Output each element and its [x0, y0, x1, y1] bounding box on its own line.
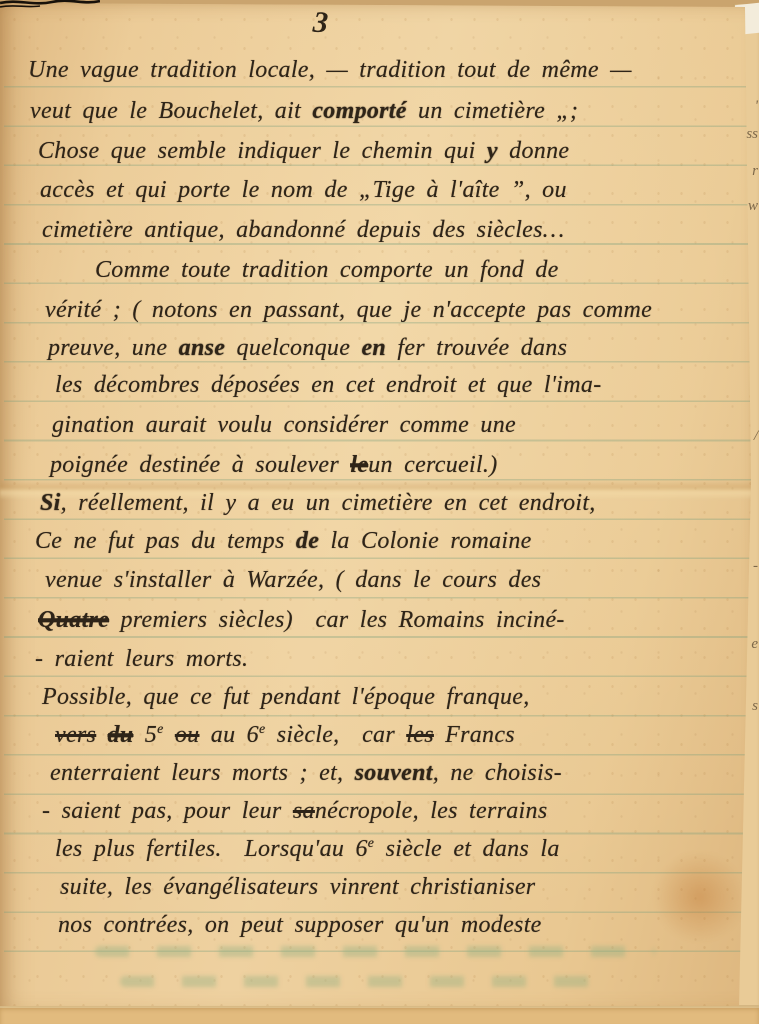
text-segment: e: [157, 722, 163, 737]
text-segment: anse: [179, 335, 226, 361]
text-line: preuve, une anse quelconque en fer trouv…: [48, 335, 567, 362]
text-line: Comme toute tradition comporte un fond d…: [95, 257, 559, 284]
text-line: les décombres déposées en cet endroit et…: [55, 372, 602, 399]
text-line: nos contrées, on peut supposer qu'un mod…: [58, 912, 542, 939]
text-line: cimetière antique, abandonné depuis des …: [42, 217, 564, 244]
text-segment: nécropole, les terrains: [315, 798, 548, 824]
text-segment: souvent: [355, 760, 433, 786]
text-line: Quatre premiers siècles) car les Romains…: [38, 607, 565, 634]
manuscript-page: 3 Une vague tradition locale, — traditio…: [0, 0, 759, 1024]
text-segment: nos contrées, on peut supposer qu'un mod…: [58, 912, 542, 938]
text-segment: veut que le Bouchelet, ait: [30, 98, 312, 124]
text-line: les plus fertiles. Lorsqu'au 6e siècle e…: [55, 836, 560, 863]
text-segment: un cimetière „;: [407, 98, 579, 124]
text-segment: siècle et dans la: [374, 836, 559, 862]
ink-fragment: ': [755, 98, 758, 115]
text-segment: sa: [293, 798, 315, 824]
ink-fragment: w: [748, 198, 758, 215]
text-segment: comporté: [312, 98, 406, 124]
ink-fragment: /: [754, 428, 758, 445]
text-segment: preuve, une: [48, 335, 179, 361]
text-segment: enterraient leurs morts ; et,: [50, 760, 355, 786]
text-segment: de: [296, 528, 319, 554]
text-line: vérité ; ( notons en passant, que je n'a…: [45, 297, 652, 324]
text-segment: au 6: [199, 722, 259, 748]
text-segment: Si: [40, 490, 61, 516]
text-segment: [164, 722, 175, 748]
text-segment: quelconque: [225, 335, 361, 361]
text-segment: du: [108, 722, 134, 748]
text-segment: venue s'installer à Warzée, ( dans le co…: [45, 567, 541, 593]
text-segment: vérité ; ( notons en passant, que je n'a…: [45, 297, 652, 323]
text-segment: Quatre: [38, 607, 109, 633]
handwriting-layer: 3 Une vague tradition locale, — traditio…: [0, 0, 759, 1024]
text-line: accès et qui porte le nom de „Tige à l'a…: [40, 177, 567, 204]
text-line: veut que le Bouchelet, ait comporté un c…: [30, 98, 578, 125]
text-segment: la Colonie romaine: [319, 528, 531, 554]
page-bottom-fold: [0, 1005, 759, 1024]
text-segment: suite, les évangélisateurs vinrent chris…: [60, 874, 535, 900]
text-segment: [96, 722, 107, 748]
text-segment: les plus fertiles. Lorsqu'au 6: [55, 836, 368, 862]
text-segment: Chose que semble indiquer le chemin qui: [38, 138, 487, 164]
text-line: enterraient leurs morts ; et, souvent, n…: [50, 760, 562, 787]
text-segment: Possible, que ce fut pendant l'époque fr…: [42, 684, 530, 710]
text-segment: ou: [175, 722, 200, 748]
text-line: venue s'installer à Warzée, ( dans le co…: [45, 567, 541, 594]
ink-fragment: e: [751, 636, 758, 653]
text-segment: en: [361, 335, 386, 361]
ink-fragment: -: [753, 558, 758, 575]
text-segment: premiers siècles) car les Romains inciné…: [109, 607, 565, 633]
text-line: - raient leurs morts.: [35, 646, 248, 673]
text-line: - saient pas, pour leur sanécropole, les…: [42, 798, 547, 825]
text-line: Ce ne fut pas du temps de la Colonie rom…: [35, 528, 532, 555]
text-segment: vers: [55, 722, 96, 748]
text-segment: le: [350, 452, 368, 478]
text-segment: Comme toute tradition comporte un fond d…: [95, 257, 559, 283]
text-segment: poignée destinée à soulever: [50, 452, 350, 478]
ink-fragment: r: [752, 163, 758, 180]
text-line: vers du 5e ou au 6e siècle, car les Fran…: [55, 722, 515, 749]
ink-fragment: s: [752, 698, 758, 715]
scanner-edge-mark: [0, 0, 100, 10]
text-segment: cimetière antique, abandonné depuis des …: [42, 217, 564, 243]
text-line: Possible, que ce fut pendant l'époque fr…: [42, 684, 530, 711]
text-segment: accès et qui porte le nom de „Tige à l'a…: [40, 177, 567, 203]
text-line: Si, réellement, il y a eu un cimetière e…: [40, 490, 596, 517]
text-segment: siècle, car: [265, 722, 406, 748]
page-number: 3: [312, 6, 329, 41]
text-segment: - raient leurs morts.: [35, 646, 248, 672]
text-line: Chose que semble indiquer le chemin qui …: [38, 138, 569, 165]
text-segment: - saient pas, pour leur: [42, 798, 293, 824]
text-segment: 5: [133, 722, 157, 748]
ink-fragment: ss: [746, 126, 758, 143]
text-segment: les décombres déposées en cet endroit et…: [55, 372, 602, 398]
text-segment: les: [406, 722, 434, 748]
text-line: poignée destinée à soulever leun cercuei…: [50, 452, 498, 479]
text-segment: fer trouvée dans: [386, 335, 567, 361]
text-line: Une vague tradition locale, — tradition …: [28, 57, 632, 84]
text-segment: Ce ne fut pas du temps: [35, 528, 296, 554]
text-segment: un cercueil.): [368, 452, 497, 478]
text-segment: gination aurait voulu considérer comme u…: [52, 412, 516, 438]
text-segment: Une vague tradition locale, — tradition …: [28, 57, 632, 83]
text-segment: , réellement, il y a eu un cimetière en …: [61, 490, 596, 516]
text-segment: y: [487, 138, 498, 164]
text-segment: , ne choisis-: [433, 760, 562, 786]
text-line: suite, les évangélisateurs vinrent chris…: [60, 874, 535, 901]
text-line: gination aurait voulu considérer comme u…: [52, 412, 516, 439]
scanned-manuscript-page: 'ssrw/-es 3 Une vague tradition locale, …: [0, 0, 759, 1024]
text-segment: Francs: [434, 722, 515, 748]
text-segment: donne: [498, 138, 569, 164]
